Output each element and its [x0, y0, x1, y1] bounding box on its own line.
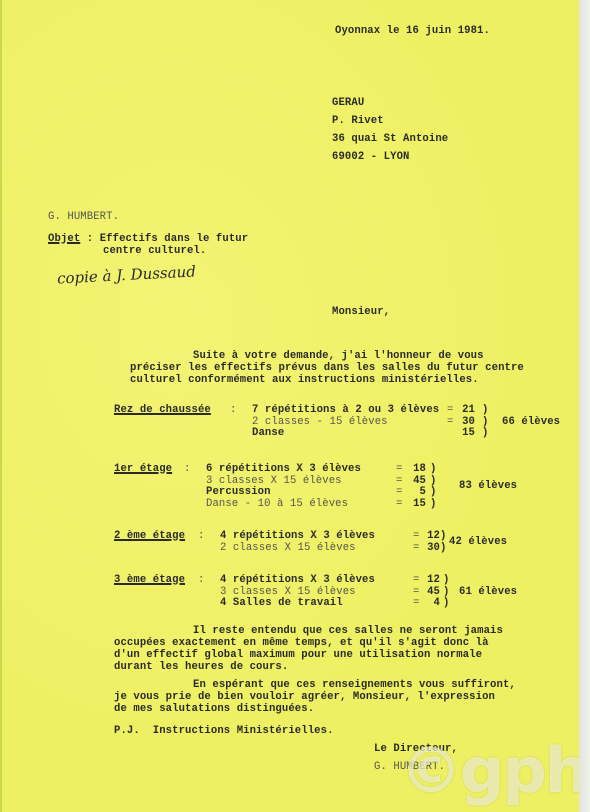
floor-row-value: 15 — [410, 498, 426, 510]
floor-row-equals: = — [447, 404, 453, 416]
floor-row-paren: ) — [482, 404, 488, 416]
recipient-line: 69002 - LYON — [332, 151, 410, 163]
floor-row-paren: ) — [440, 530, 446, 542]
floor-row-paren: ) — [443, 574, 449, 586]
floor-row-value: 12 — [424, 530, 440, 542]
enclosure: P.J. Instructions Ministérielles. — [114, 725, 334, 737]
subject-line: Objet : Effectifs dans le futur — [48, 233, 248, 245]
intro-line: culturel conformément aux instructions m… — [130, 374, 479, 386]
recipient-line: GERAU — [332, 97, 364, 109]
floor-row-text: 4 répétitions X 3 élèves — [220, 530, 375, 542]
floor-row-value: 5 — [410, 486, 426, 498]
floor-row-value: 12 — [424, 574, 440, 586]
floor-label: Rez de chaussée — [114, 404, 211, 416]
intro-line: préciser les effectifs prévus dans les s… — [130, 362, 524, 374]
floor-row-equals: = — [413, 597, 419, 609]
floor-row-text: 2 classes - 15 élèves — [252, 416, 388, 428]
place-date: Oyonnax le 16 juin 1981. — [335, 25, 490, 37]
floor-label-colon: : — [198, 574, 204, 586]
paragraph2-line: Il reste entendu que ces salles ne seron… — [193, 625, 503, 637]
floor-row-paren: ) — [430, 486, 436, 498]
closing-line: de mes salutations distinguées. — [114, 703, 314, 715]
floor-row-equals: = — [396, 486, 402, 498]
floor-row-text: 4 répétitions X 3 élèves — [220, 574, 375, 586]
floor-row-paren: ) — [482, 427, 488, 439]
subject-text-2: centre culturel. — [103, 245, 206, 257]
floor-row-value: 30 — [459, 416, 475, 428]
floor-row-value: 45 — [410, 475, 426, 487]
floor-row-text: 3 classes X 15 élèves — [206, 475, 342, 487]
handwritten-note: copie à J. Dussaud — [57, 262, 197, 287]
floor-row-text: 3 classes X 15 élèves — [220, 586, 356, 598]
floor-row-paren: ) — [430, 498, 436, 510]
floor-row-equals: = — [413, 542, 419, 554]
subject-label: Objet — [48, 233, 80, 245]
floor-row-text: Danse - 10 à 15 élèves — [206, 498, 348, 510]
closing-line: En espérant que ces renseignements vous … — [193, 679, 516, 691]
floor-total: 42 élèves — [449, 536, 507, 548]
floor-row-equals: = — [396, 475, 402, 487]
floor-label-colon: : — [230, 404, 236, 416]
floor-row-equals: = — [413, 586, 419, 598]
floor-row-value: 4 — [424, 597, 440, 609]
floor-row-equals: = — [447, 416, 453, 428]
scan-edge — [579, 0, 590, 812]
floor-row-paren: ) — [430, 475, 436, 487]
floor-label-colon: : — [198, 530, 204, 542]
closing-line: je vous prie de bien vouloir agréer, Mon… — [114, 691, 495, 703]
recipient-line: 36 quai St Antoine — [332, 133, 448, 145]
paragraph2-line: d'un effectif global maximum pour une ut… — [114, 649, 482, 661]
floor-row-equals: = — [396, 498, 402, 510]
floor-row-value: 15 — [459, 427, 475, 439]
subject-text: Effectifs dans le futur — [100, 233, 249, 245]
floor-label: 2 ème étage — [114, 530, 185, 542]
floor-row-value: 45 — [424, 586, 440, 598]
letter-page: Oyonnax le 16 juin 1981. GERAU P. Rivet … — [0, 0, 581, 812]
floor-row-paren: ) — [440, 542, 446, 554]
floor-row-value: 18 — [410, 463, 426, 475]
floor-total: 61 élèves — [459, 586, 517, 598]
floor-label-colon: : — [184, 463, 190, 475]
watermark: ©gph01 — [400, 740, 590, 802]
floor-row-paren: ) — [430, 463, 436, 475]
intro-line: Suite à votre demande, j'ai l'honneur de… — [193, 350, 484, 362]
floor-row-text: 2 classes X 15 élèves — [220, 542, 356, 554]
floor-row-value: 30 — [424, 542, 440, 554]
floor-label: 1er étage — [114, 463, 172, 475]
floor-row-text: 4 Salles de travail — [220, 597, 343, 609]
paragraph2-line: occupées exactement en même temps, et qu… — [114, 637, 489, 649]
floor-label: 3 ème étage — [114, 574, 185, 586]
subject-separator: : — [87, 233, 93, 245]
floor-row-value: 21 — [459, 404, 475, 416]
floor-row-equals: = — [413, 530, 419, 542]
floor-total: 83 élèves — [459, 480, 517, 492]
sender-reference: G. HUMBERT. — [48, 211, 119, 223]
floor-row-paren: ) — [443, 586, 449, 598]
floor-total: 66 élèves — [502, 416, 560, 428]
salutation: Monsieur, — [332, 306, 390, 318]
paragraph2-line: durant les heures de cours. — [114, 661, 288, 673]
floor-row-text: Danse — [252, 427, 284, 439]
floor-row-text: 7 répétitions à 2 ou 3 élèves — [252, 404, 439, 416]
floor-row-paren: ) — [443, 597, 449, 609]
floor-row-equals: = — [413, 574, 419, 586]
floor-row-text: Percussion — [206, 486, 271, 498]
recipient-line: P. Rivet — [332, 115, 384, 127]
floor-row-paren: ) — [482, 416, 488, 428]
floor-row-text: 6 répétitions X 3 élèves — [206, 463, 361, 475]
floor-row-equals: = — [396, 463, 402, 475]
